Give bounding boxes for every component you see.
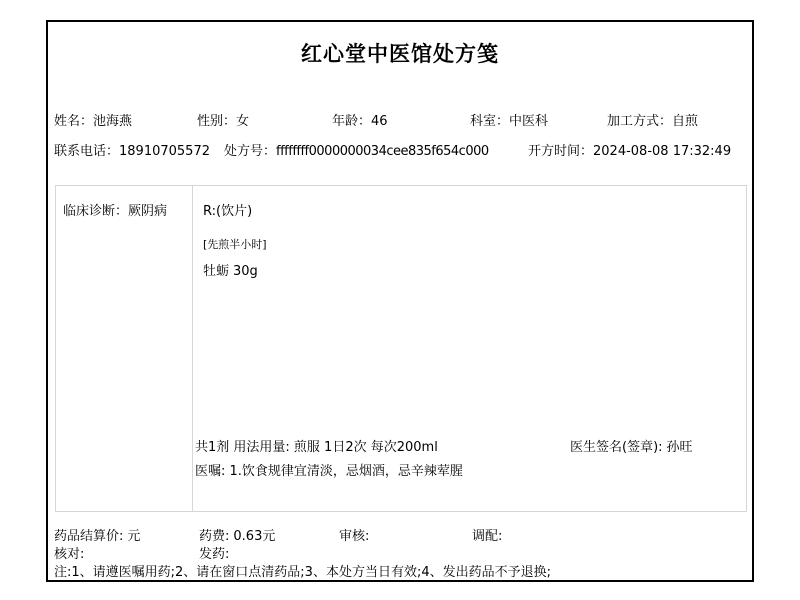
prescription-page: 红心堂中医馆处方笺 姓名：池海燕 性别：女 年龄：46 科室：中医科 加工方式：…	[0, 0, 800, 600]
issue-time-value: 2024-08-08 17:32:49	[593, 144, 731, 159]
doctor-signature: 医生签名(签章):孙旺	[570, 436, 693, 455]
patient-gender-field: 性别：女	[197, 110, 249, 129]
medical-advice: 医嘱: 1.饮食规律宜清淡，忌烟酒，忌辛辣荤腥	[195, 460, 738, 479]
settle-price-label: 药品结算价:	[54, 529, 123, 544]
page-title: 红心堂中医馆处方笺	[48, 38, 752, 68]
prescription-box: 临床诊断：厥阴病 R:(饮片) [先煎半小时] 牡蛎30g 共1剂 用法用量: …	[55, 185, 747, 512]
review-field: 审核:	[339, 525, 369, 544]
patient-name-field: 姓名：池海燕	[54, 110, 132, 129]
herb-item: 牡蛎30g	[203, 260, 736, 279]
diagnosis-value: 厥阴病	[128, 204, 167, 219]
fee-field: 药费:0.63元	[199, 525, 275, 544]
rx-number-field: 处方号：ffffffff0000000034cee835f654c000	[224, 140, 489, 159]
patient-age-field: 年龄：46	[332, 110, 388, 129]
fee-label: 药费:	[199, 529, 229, 544]
herb-decoction-note: [先煎半小时]	[203, 236, 736, 252]
herb-name: 牡蛎	[203, 264, 229, 279]
processing-field: 加工方式：自煎	[607, 110, 698, 129]
doctor-signature-label: 医生签名(签章):	[570, 440, 663, 455]
settle-price-value: 元	[127, 529, 140, 544]
issue-time-label: 开方时间：	[528, 144, 593, 159]
herb-dose: 30g	[233, 264, 258, 279]
department-field: 科室：中医科	[470, 110, 548, 129]
issue-time-field: 开方时间：2024-08-08 17:32:49	[528, 140, 731, 159]
phone-label: 联系电话：	[54, 144, 119, 159]
processing-label: 加工方式：	[607, 114, 672, 129]
patient-age-value: 46	[371, 114, 388, 129]
rx-header: R:(饮片)	[203, 200, 736, 219]
rx-number-label: 处方号：	[224, 144, 276, 159]
patient-gender-value: 女	[236, 114, 249, 129]
diagnosis-label: 临床诊断：	[63, 204, 128, 219]
dispense-field: 发药:	[199, 543, 229, 562]
diagnosis-cell: 临床诊断：厥阴病	[56, 186, 193, 511]
prescription-sheet: 红心堂中医馆处方笺 姓名：池海燕 性别：女 年龄：46 科室：中医科 加工方式：…	[46, 20, 754, 582]
compound-field: 调配:	[472, 525, 502, 544]
patient-name-label: 姓名：	[54, 114, 93, 129]
patient-age-label: 年龄：	[332, 114, 371, 129]
phone-value: 18910705572	[119, 144, 210, 159]
check-field: 核对:	[54, 543, 84, 562]
rx-number-value: ffffffff0000000034cee835f654c000	[276, 144, 489, 159]
fee-value: 0.63元	[233, 529, 275, 544]
patient-name-value: 池海燕	[93, 114, 132, 129]
settle-price-field: 药品结算价:元	[54, 525, 140, 544]
department-label: 科室：	[470, 114, 509, 129]
department-value: 中医科	[509, 114, 548, 129]
phone-field: 联系电话：18910705572	[54, 140, 210, 159]
patient-gender-label: 性别：	[197, 114, 236, 129]
rx-cell: R:(饮片) [先煎半小时] 牡蛎30g 共1剂 用法用量: 煎服 1日2次 每…	[193, 186, 746, 511]
processing-value: 自煎	[672, 114, 698, 129]
doctor-signature-value: 孙旺	[667, 440, 693, 455]
rx-bottom-block: 共1剂 用法用量: 煎服 1日2次 每次200ml 医生签名(签章):孙旺 医嘱…	[195, 436, 738, 479]
footer-note: 注:1、请遵医嘱用药;2、请在窗口点清药品;3、本处方当日有效;4、发出药品不予…	[54, 561, 551, 580]
usage-row: 共1剂 用法用量: 煎服 1日2次 每次200ml 医生签名(签章):孙旺	[195, 436, 738, 455]
usage-text: 共1剂 用法用量: 煎服 1日2次 每次200ml	[195, 440, 438, 455]
